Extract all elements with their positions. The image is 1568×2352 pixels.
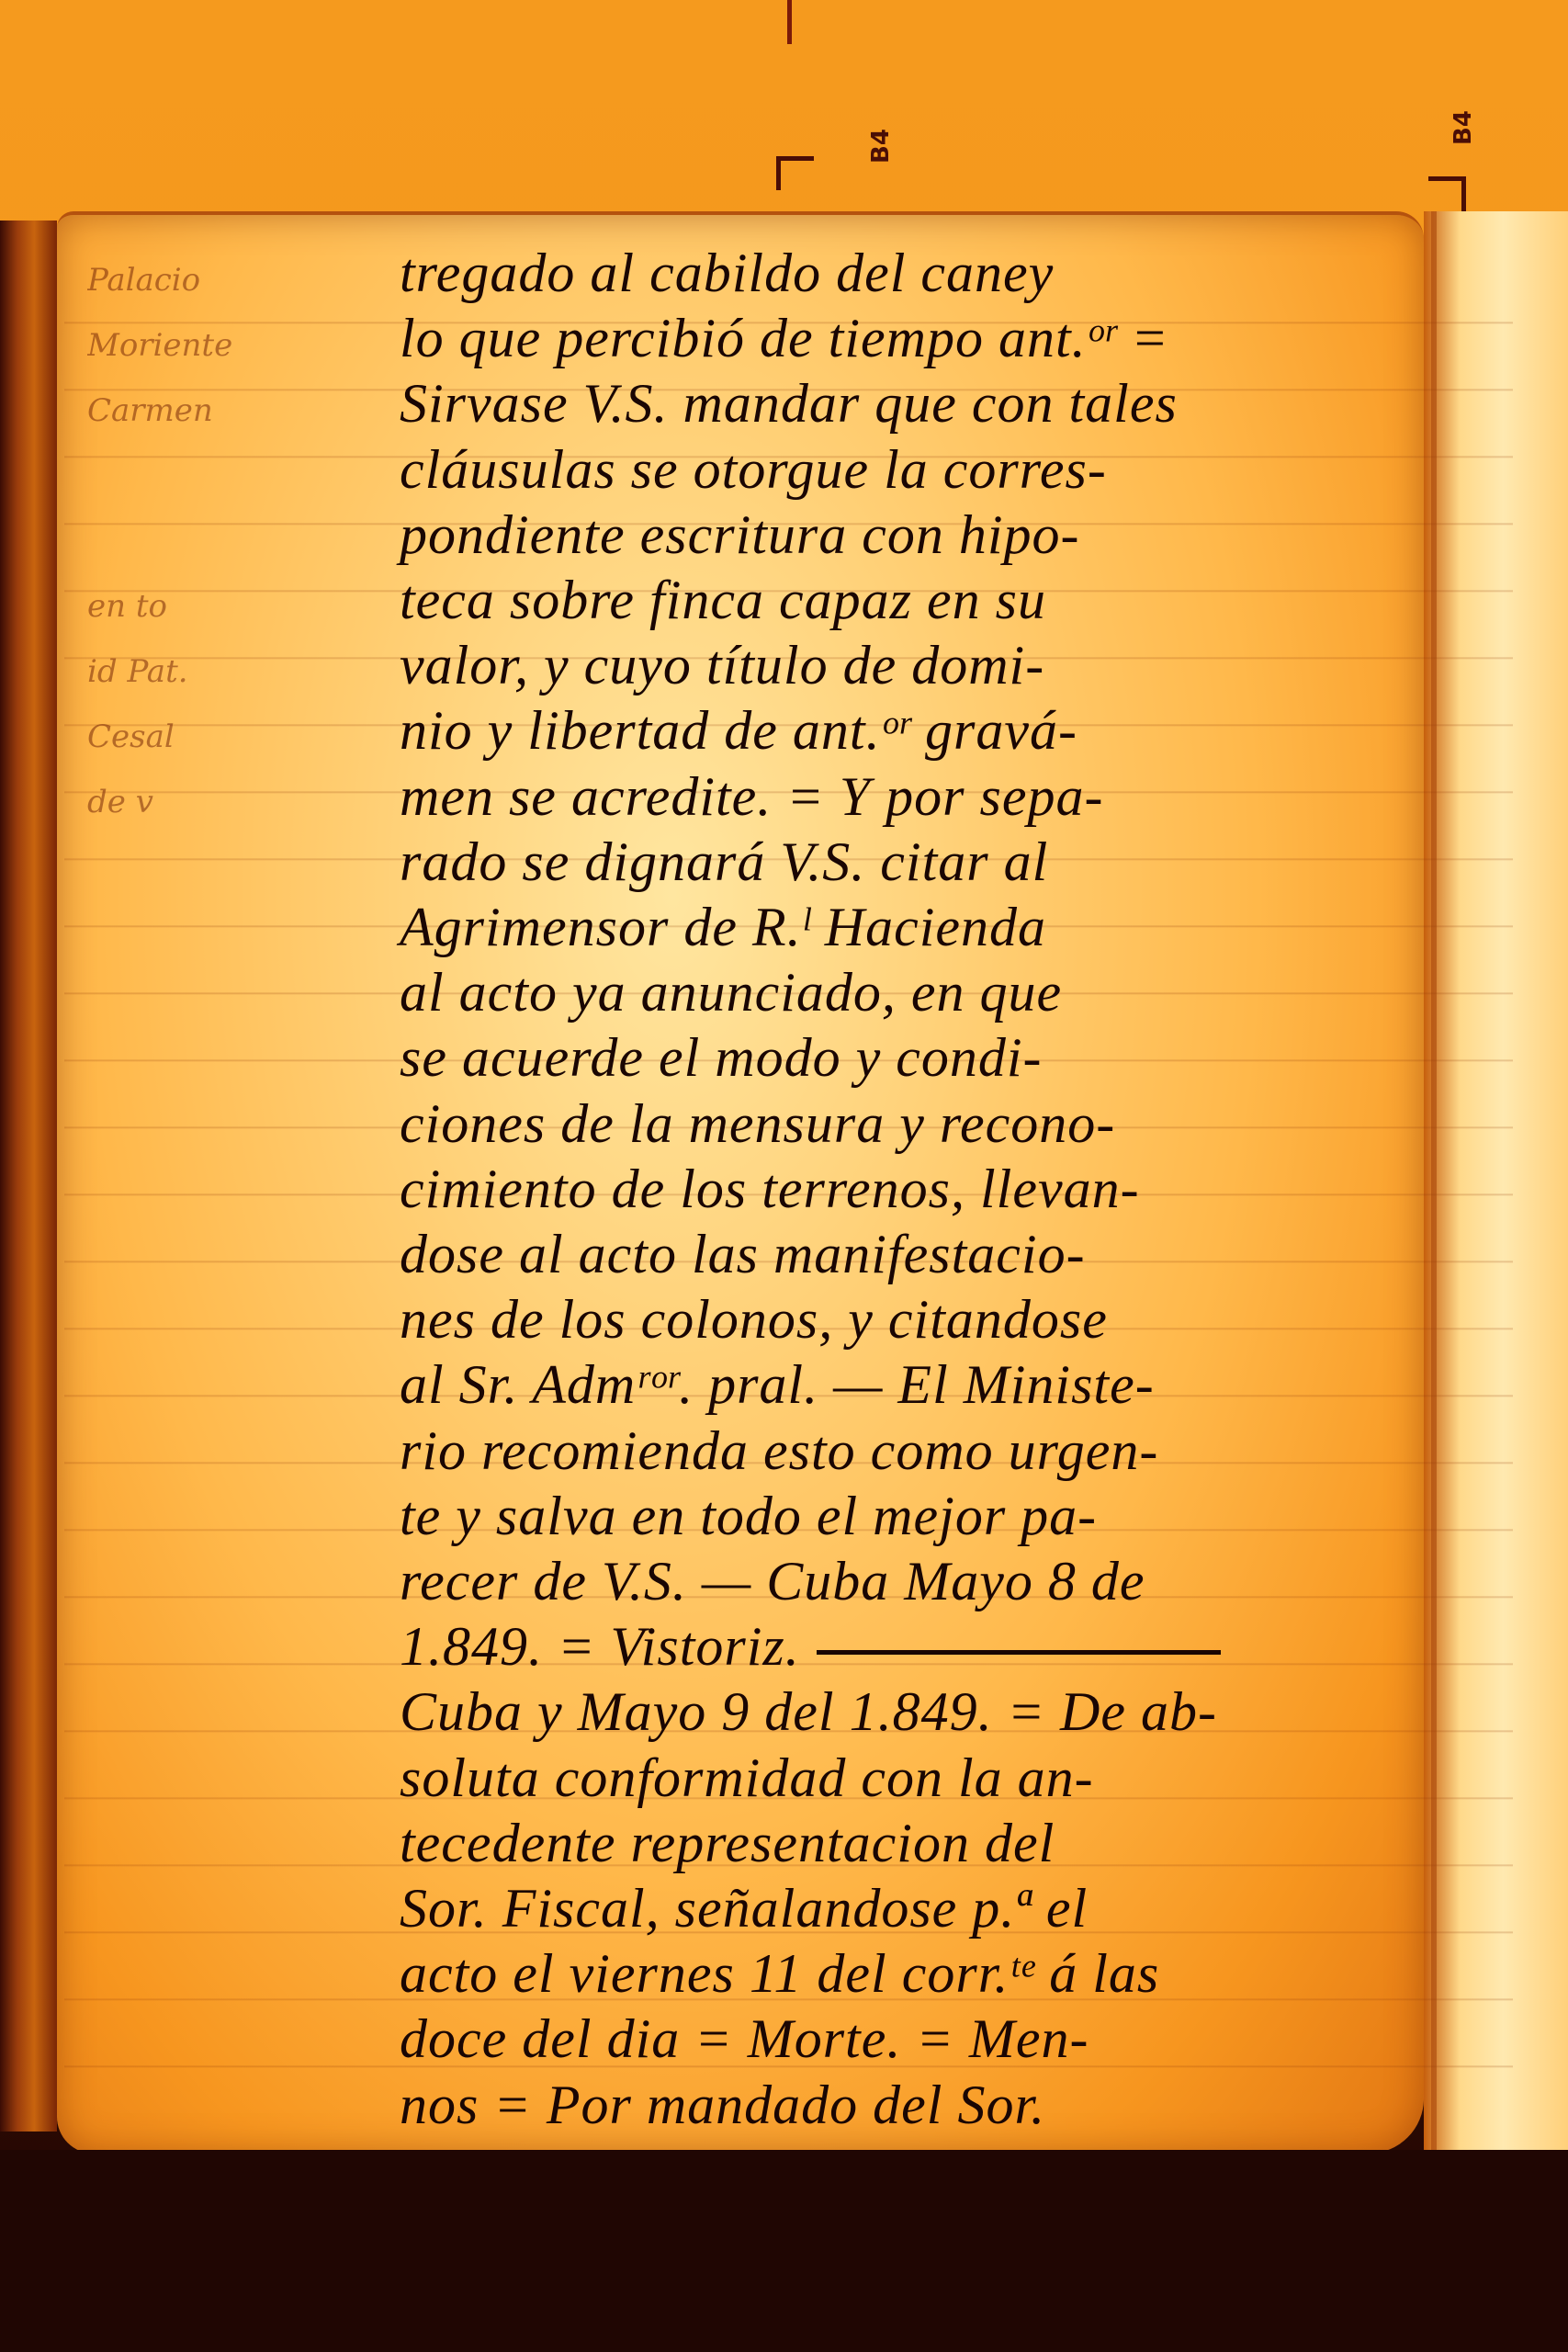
text-line: ciones de la mensura y recono- bbox=[400, 1091, 1401, 1157]
margin-text: Carmen bbox=[87, 379, 363, 444]
margin-text: en to bbox=[87, 574, 363, 639]
text-line: tregado al cabildo del caney bbox=[400, 241, 1401, 306]
text-line: se acuerde el modo y condi- bbox=[400, 1025, 1401, 1091]
text-line: Cuba y Mayo 9 del 1.849. = De ab- bbox=[400, 1679, 1401, 1745]
text-line: 1.849. = Vistoriz. bbox=[400, 1616, 800, 1677]
text-line: acto el viernes 11 del corr.ᵗᵉ á las bbox=[400, 1941, 1401, 2007]
signature-line: 1.849. = Vistoriz. bbox=[400, 1614, 1401, 1679]
text-line: soluta conformidad con la an- bbox=[400, 1746, 1401, 1811]
text-line: Agrimensor de R.ˡ Hacienda bbox=[400, 895, 1401, 960]
text-line: tecedente representacion del bbox=[400, 1811, 1401, 1876]
text-line: cimiento de los terrenos, llevan- bbox=[400, 1157, 1401, 1222]
page-marker-right: B4 bbox=[1450, 110, 1477, 145]
book-bottom-shadow bbox=[0, 2150, 1568, 2352]
top-edge-tick bbox=[787, 0, 792, 44]
margin-text: Cesal bbox=[87, 705, 363, 770]
text-line: pondiente escritura con hipo- bbox=[400, 503, 1401, 568]
closing-rule bbox=[817, 1650, 1221, 1655]
handwritten-text-block: tregado al cabildo del caney lo que perc… bbox=[400, 241, 1401, 2138]
page-marker-left: B4 bbox=[867, 129, 895, 164]
text-line: Sor. Fiscal, señalandose p.ª el bbox=[400, 1876, 1401, 1941]
text-line: recer de V.S. — Cuba Mayo 8 de bbox=[400, 1549, 1401, 1614]
book-spine bbox=[0, 220, 57, 2131]
text-line: valor, y cuyo título de domi- bbox=[400, 633, 1401, 698]
text-line: al Sr. Admʳᵒʳ. pral. — El Ministe- bbox=[400, 1352, 1401, 1418]
margin-text: de v bbox=[87, 770, 363, 835]
text-line: nes de los colonos, y citandose bbox=[400, 1287, 1401, 1352]
text-line: cláusulas se otorgue la corres- bbox=[400, 437, 1401, 503]
text-line: men se acredite. = Y por sepa- bbox=[400, 764, 1401, 830]
text-line: Sirvase V.S. mandar que con tales bbox=[400, 371, 1401, 436]
text-line: lo que percibió de tiempo ant.ᵒʳ = bbox=[400, 306, 1401, 371]
text-line: rio recomienda esto como urgen- bbox=[400, 1419, 1401, 1484]
text-line: teca sobre finca capaz en su bbox=[400, 568, 1401, 633]
margin-text: Moriente bbox=[87, 313, 363, 379]
margin-text: id Pat. bbox=[87, 639, 363, 705]
text-line: doce del dia = Morte. = Men- bbox=[400, 2007, 1401, 2072]
text-line: dose al acto las manifestacio- bbox=[400, 1222, 1401, 1287]
text-line: rado se dignará V.S. citar al bbox=[400, 830, 1401, 895]
text-line: nio y libertad de ant.ᵒʳ gravá- bbox=[400, 698, 1401, 763]
text-line: al acto ya anunciado, en que bbox=[400, 960, 1401, 1025]
margin-text: Palacio bbox=[87, 248, 363, 313]
margin-text bbox=[87, 444, 363, 509]
corner-bracket-left bbox=[776, 156, 814, 190]
margin-text bbox=[87, 509, 363, 574]
margin-bleedthrough: Palacio Moriente Carmen en to id Pat. Ce… bbox=[87, 248, 363, 835]
text-line: nos = Por mandado del Sor. bbox=[400, 2073, 1401, 2138]
text-line: te y salva en todo el mejor pa- bbox=[400, 1484, 1401, 1549]
